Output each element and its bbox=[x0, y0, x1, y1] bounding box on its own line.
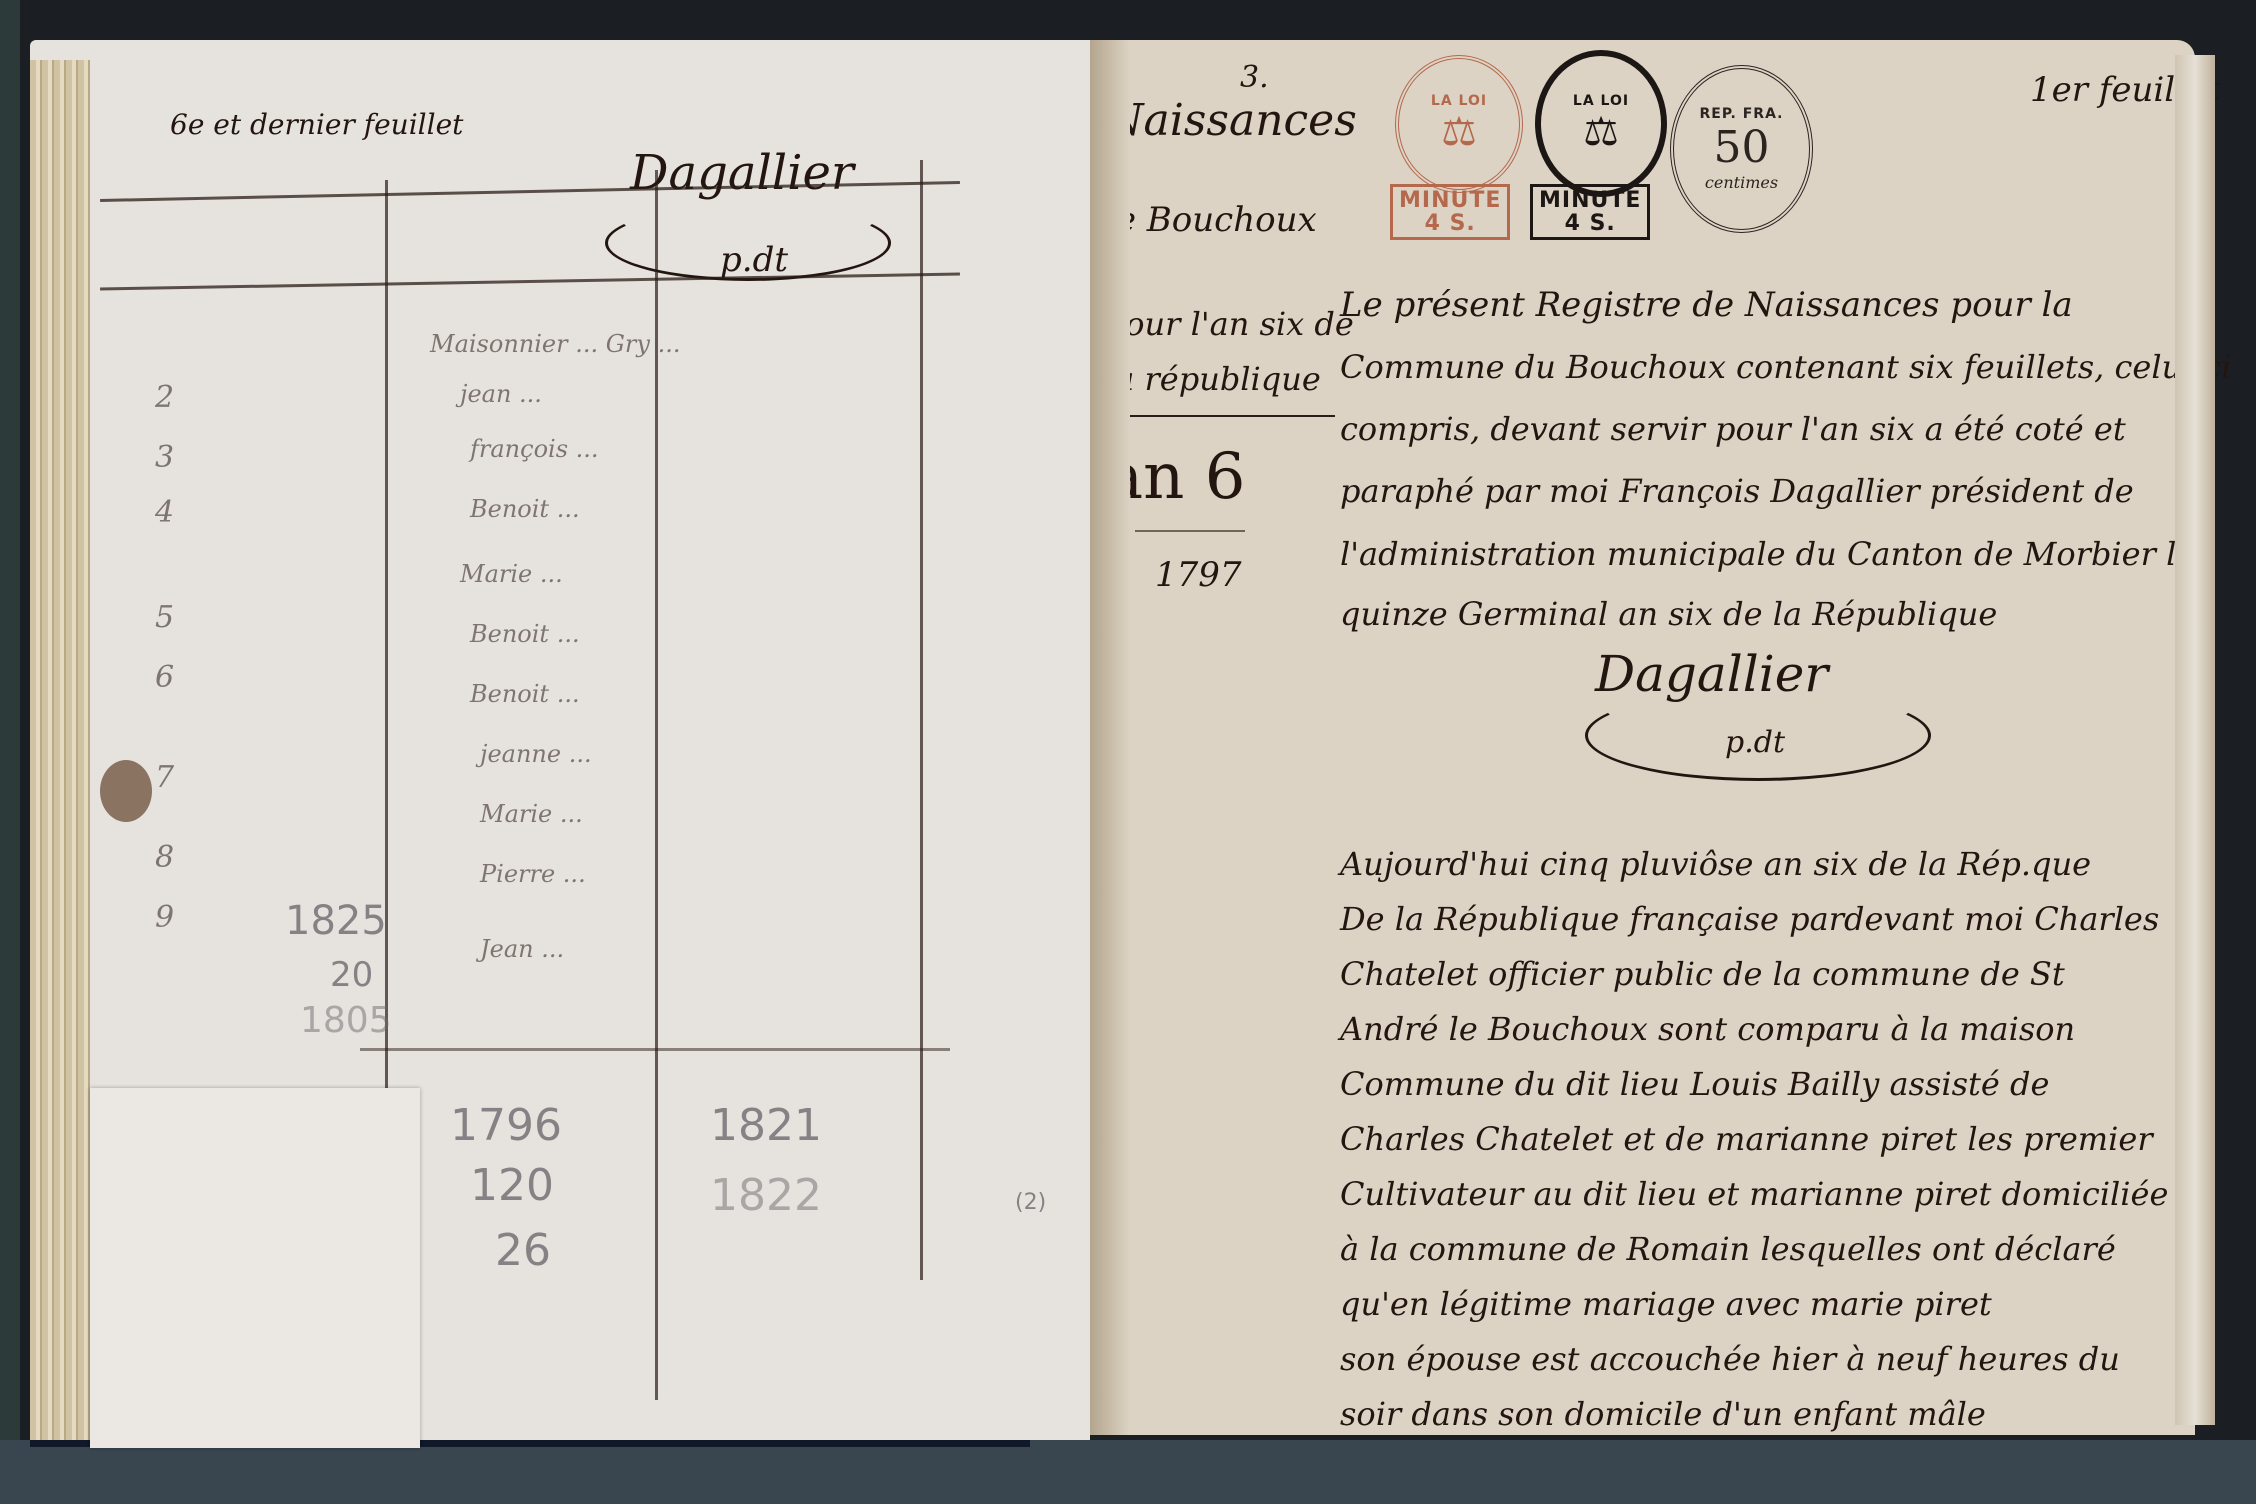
entry-line: Charles Chatelet et de marianne piret le… bbox=[1340, 1120, 2153, 1158]
preamble-line: Commune du Bouchoux contenant six feuill… bbox=[1340, 348, 2231, 386]
preamble-line: compris, devant servir pour l'an six a é… bbox=[1340, 410, 2126, 448]
ruling-line bbox=[100, 272, 960, 290]
page-mark: (2) bbox=[1015, 1190, 1046, 1215]
pencil-note: 20 bbox=[330, 955, 373, 995]
pencil-note: 1805 bbox=[300, 1000, 392, 1041]
page-edges bbox=[30, 60, 90, 1440]
entry-line: Cultivateur au dit lieu et marianne pire… bbox=[1340, 1175, 2168, 1213]
pencil-note: 1821 bbox=[710, 1100, 822, 1151]
margin-divider bbox=[1095, 415, 1335, 417]
margin-year-gregorian: 1797 bbox=[1155, 555, 1242, 595]
entry-line: Chatelet officier public de la commune d… bbox=[1340, 955, 2065, 993]
left-signature: Dagallier bbox=[630, 145, 854, 201]
pencil-note: 26 bbox=[495, 1225, 551, 1276]
bleed-number: 3 bbox=[155, 440, 174, 475]
register-heading: Naissances bbox=[1105, 95, 1357, 146]
bleed-text: Jean ... bbox=[480, 935, 564, 963]
bleed-text: Benoit ... bbox=[470, 495, 580, 523]
preamble-line: Le présent Registre de Naissances pour l… bbox=[1340, 285, 2073, 325]
table-surface-edge bbox=[0, 0, 20, 1504]
entry-line: son épouse est accouchée hier à neuf heu… bbox=[1340, 1340, 2120, 1378]
left-signature-title: p.dt bbox=[720, 240, 788, 280]
entry-line: De la République française pardevant moi… bbox=[1340, 900, 2159, 938]
bleed-number: 8 bbox=[155, 840, 174, 875]
margin-line2: la république bbox=[1105, 360, 1321, 398]
paper-stain bbox=[100, 760, 152, 822]
bleed-number: 6 bbox=[155, 660, 174, 695]
pencil-note: 1796 bbox=[450, 1100, 562, 1151]
entry-line: Aujourd'hui cinq pluviôse an six de la R… bbox=[1340, 845, 2091, 883]
preamble-signature-title: p.dt bbox=[1725, 725, 1785, 760]
justice-figure-icon: ⚖ bbox=[1441, 109, 1477, 155]
bleed-number: 2 bbox=[155, 380, 174, 415]
table-surface bbox=[0, 1440, 2256, 1504]
left-page: 6e et dernier feuillet Dagallier p.dt Ma… bbox=[30, 40, 1090, 1440]
ruling-line bbox=[360, 1048, 950, 1051]
pencil-note: 1822 bbox=[710, 1170, 822, 1221]
margin-commune: le Bouchoux bbox=[1105, 200, 1317, 240]
bleed-text: Benoit ... bbox=[470, 680, 580, 708]
bleed-number: 9 bbox=[155, 900, 174, 935]
book-spine bbox=[1090, 40, 1130, 1435]
minute-stamp-black: LA LOI ⚖ bbox=[1535, 50, 1667, 197]
bleed-number: 5 bbox=[155, 600, 174, 635]
folio-number: 3. bbox=[1240, 60, 1269, 95]
bleed-text: Maisonnier ... Gry ... bbox=[430, 330, 680, 358]
margin-line1: Pour l'an six de bbox=[1105, 305, 1354, 343]
pencil-note: 1825 bbox=[285, 898, 387, 944]
margin-divider bbox=[1135, 530, 1245, 532]
minute-stamp-red-label: MINUTE 4 S. bbox=[1390, 184, 1510, 240]
page-edges-right bbox=[2175, 55, 2215, 1425]
right-page: 3. Naissances 1er feuillet LA LOI ⚖ MINU… bbox=[1095, 40, 2195, 1435]
entry-line: André le Bouchoux sont comparu à la mais… bbox=[1340, 1010, 2075, 1048]
entry-line: soir dans son domicile d'un enfant mâle bbox=[1340, 1395, 1986, 1433]
bleed-text: Benoit ... bbox=[470, 620, 580, 648]
top-note: 6e et dernier feuillet bbox=[170, 108, 463, 141]
bleed-text: jeanne ... bbox=[480, 740, 592, 768]
bleed-number: 7 bbox=[155, 760, 174, 795]
bleed-text: Pierre ... bbox=[480, 860, 586, 888]
paper-slip bbox=[90, 1088, 420, 1448]
entry-line: qu'en légitime mariage avec marie piret bbox=[1340, 1285, 1992, 1323]
fifty-centimes-stamp: REP. FRA. 50 centimes bbox=[1670, 65, 1813, 233]
bleed-text: Marie ... bbox=[460, 560, 563, 588]
minute-stamp-black-label: MINUTE 4 S. bbox=[1530, 184, 1650, 240]
pencil-note: 120 bbox=[470, 1160, 554, 1211]
preamble-line: quinze Germinal an six de la République bbox=[1340, 595, 1997, 633]
bleed-text: jean ... bbox=[460, 380, 542, 408]
bleed-number: 4 bbox=[155, 495, 174, 530]
preamble-line: paraphé par moi François Dagallier prési… bbox=[1340, 472, 2134, 510]
minute-stamp-red: LA LOI ⚖ bbox=[1395, 55, 1523, 193]
entry-line: Commune du dit lieu Louis Bailly assisté… bbox=[1340, 1065, 2049, 1103]
entry-line: à la commune de Romain lesquelles ont dé… bbox=[1340, 1230, 2116, 1268]
justice-figure-icon: ⚖ bbox=[1583, 109, 1619, 155]
column-divider bbox=[920, 160, 923, 1280]
bleed-text: françois ... bbox=[470, 435, 599, 463]
preamble-line: l'administration municipale du Canton de… bbox=[1340, 535, 2195, 573]
bleed-text: Marie ... bbox=[480, 800, 583, 828]
